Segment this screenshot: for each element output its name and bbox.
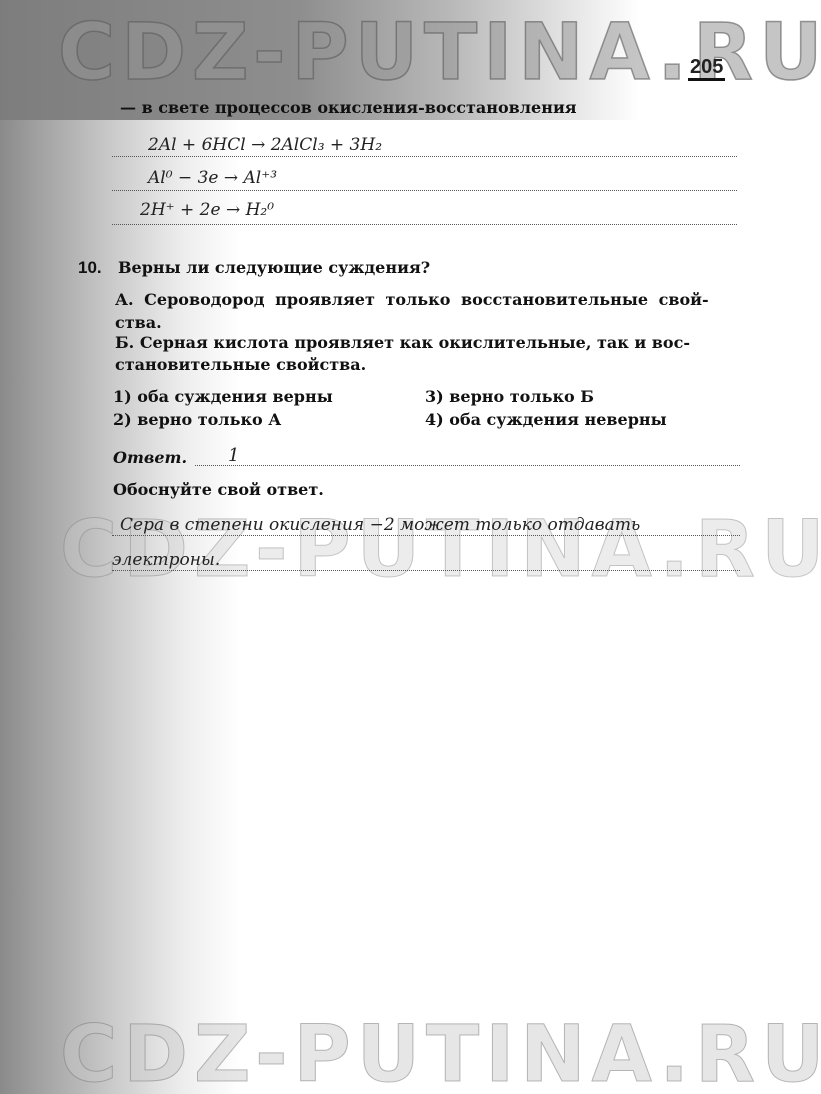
answer-value: 1 bbox=[228, 445, 239, 466]
question-number: 10. bbox=[78, 258, 102, 278]
statement-b-cont: становительные свойства. bbox=[115, 355, 366, 374]
answer-line bbox=[112, 570, 740, 571]
option-2: 2) верно только А bbox=[113, 410, 281, 429]
watermark-top: CDZ-PUTINA.RU bbox=[58, 8, 821, 98]
page-number: 205 bbox=[688, 56, 725, 81]
handwritten-half-reaction-oxidation: Al⁰ − 3e → Al⁺³ bbox=[148, 168, 277, 188]
section-heading: — в свете процессов окисления-восстановл… bbox=[120, 98, 577, 117]
option-1: 1) оба суждения верны bbox=[113, 387, 333, 406]
answer-line bbox=[112, 156, 737, 157]
answer-line bbox=[112, 535, 740, 536]
question-title: Верны ли следующие суждения? bbox=[118, 258, 430, 277]
answer-line bbox=[112, 224, 737, 225]
justify-label: Обоснуйте свой ответ. bbox=[113, 480, 324, 499]
watermark-bottom: CDZ-PUTINA.RU bbox=[60, 1010, 821, 1094]
option-3: 3) верно только Б bbox=[425, 387, 594, 406]
handwritten-justification: Сера в степени окисления −2 может только… bbox=[120, 515, 640, 535]
statement-a: А. Сероводород проявляет только восстано… bbox=[115, 290, 709, 309]
statement-a-cont: ства. bbox=[115, 313, 162, 332]
handwritten-half-reaction-reduction: 2H⁺ + 2e → H₂⁰ bbox=[140, 200, 274, 220]
answer-label: Ответ. bbox=[113, 448, 187, 467]
statement-b: Б. Серная кислота проявляет как окислите… bbox=[115, 333, 690, 352]
handwritten-justification-cont: электроны. bbox=[112, 550, 220, 570]
option-4: 4) оба суждения неверны bbox=[425, 410, 667, 429]
handwritten-equation: 2Al + 6HCl → 2AlCl₃ + 3H₂ bbox=[148, 135, 382, 155]
answer-line bbox=[195, 465, 740, 466]
answer-line bbox=[112, 190, 737, 191]
